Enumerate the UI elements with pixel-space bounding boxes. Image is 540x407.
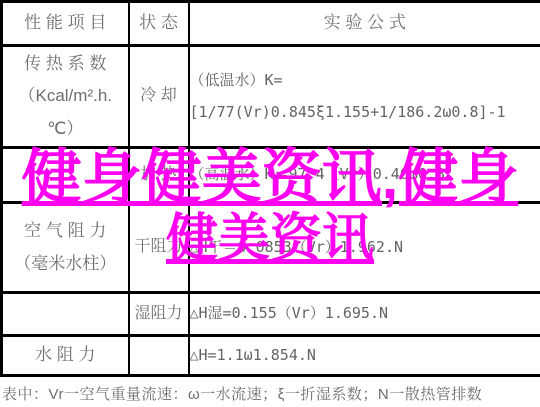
cell-formula-wet-resistance: △H湿=0.155（Vr）1.695.N	[189, 293, 540, 336]
watermark-link[interactable]: 健身健美资讯,健身 健美资讯	[0, 148, 540, 265]
table-legend-note: 表中：Vr一空气重量流速：ω一水流速；ξ一折湿系数；N一散热管排数	[2, 383, 482, 404]
table-row-air-resistance-wet: 湿阻力 △H湿=0.155（Vr）1.695.N	[2, 293, 540, 336]
cell-item-water-resistance: 水 阻 力	[2, 336, 129, 376]
cell-formula-water-resistance: △H=1.1ω1.854.N	[189, 336, 540, 376]
table-header-row: 性 能 项 目 状 态 实 验 公 式	[2, 2, 540, 46]
cell-status-empty	[129, 336, 189, 376]
cell-formula-low-temp-water: （低温水）K= [1/77(Vr)0.845ξ1.155+1/186.2ω0.8…	[189, 46, 540, 148]
header-performance-item: 性 能 项 目	[2, 2, 129, 46]
cell-item-empty-2	[2, 293, 129, 336]
header-status: 状 态	[129, 2, 189, 46]
scanned-spec-page: 性 能 项 目 状 态 实 验 公 式 传 热 系 数 （Kcal/m².h. …	[0, 0, 540, 407]
table-row-heat-transfer-cooling: 传 热 系 数 （Kcal/m².h. ℃） 冷 却 （低温水）K= [1/77…	[2, 46, 540, 148]
header-formula: 实 验 公 式	[189, 2, 540, 46]
cell-status-cooling: 冷 却	[129, 46, 189, 148]
watermark-line-2[interactable]: 健美资讯	[0, 213, 540, 265]
cell-item-heat-transfer: 传 热 系 数 （Kcal/m².h. ℃）	[2, 46, 129, 148]
watermark-line-1[interactable]: 健身健美资讯,健身	[0, 148, 540, 208]
cell-status-wet-resistance: 湿阻力	[129, 293, 189, 336]
table-row-water-resistance: 水 阻 力 △H=1.1ω1.854.N	[2, 336, 540, 376]
